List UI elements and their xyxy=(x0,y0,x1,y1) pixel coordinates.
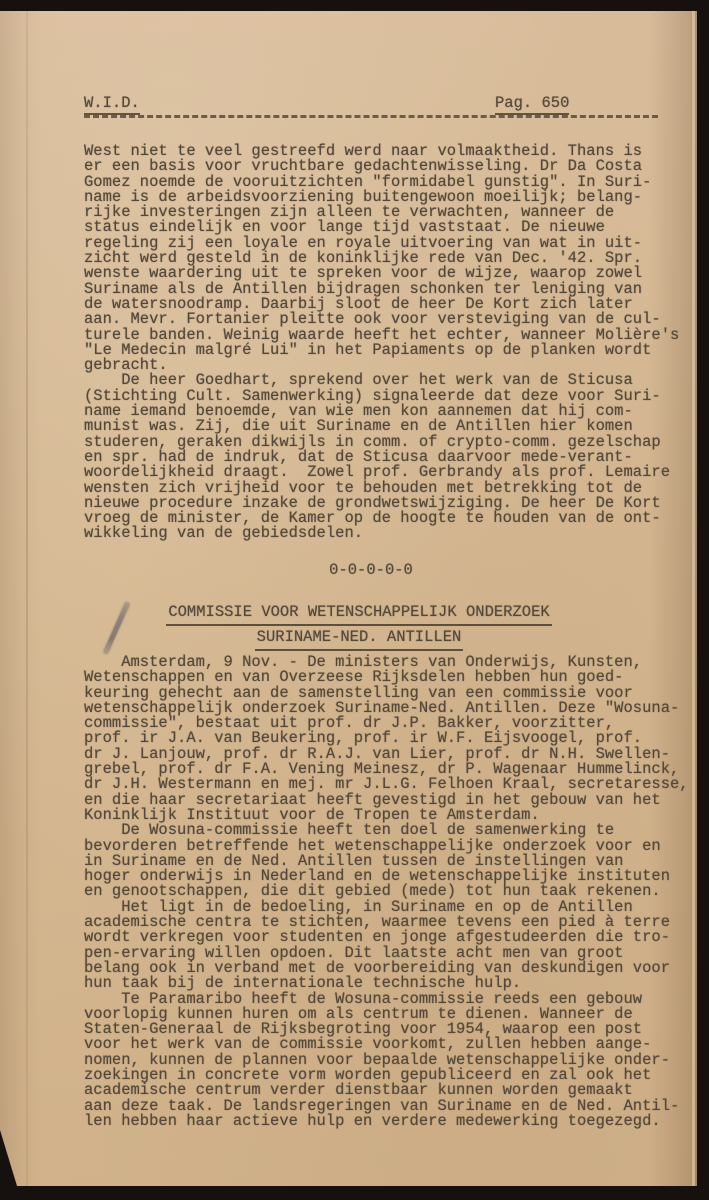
publication-code: W.I.D. xyxy=(84,96,140,115)
document-page: W.I.D. Pag. 650 West niet te veel gestre… xyxy=(0,11,697,1186)
article-body: Amsterdam, 9 Nov. - De ministers van Ond… xyxy=(84,655,684,1129)
paragraph-academic-centers: Het ligt in de bedoeling, in Suriname en… xyxy=(84,900,684,992)
section-separator: 0-0-0-0-0 xyxy=(84,563,658,578)
article-title-line-1: COMMISSIE VOOR WETENSCHAPPELIJK ONDERZOE… xyxy=(166,601,551,626)
paper-edge-highlight xyxy=(692,11,695,1186)
paragraph-goedhart-sticusa: De heer Goedhart, sprekend over het werk… xyxy=(84,373,684,541)
paragraph-commission-members: Amsterdam, 9 Nov. - De ministers van Ond… xyxy=(84,655,684,823)
paragraph-paramaribo-building: Te Paramaribo heeft de Wosuna-commissie … xyxy=(84,992,684,1130)
header-dashed-rule xyxy=(84,115,658,118)
paragraph-parliament-debate: West niet te veel gestreefd werd naar vo… xyxy=(84,144,684,373)
article-title-line-2: SURINAME-NED. ANTILLEN xyxy=(255,626,464,651)
corner-shadow xyxy=(0,1130,17,1186)
paper-crease xyxy=(26,11,28,1186)
intro-section: West niet te veel gestreefd werd naar vo… xyxy=(84,144,684,542)
article-title: COMMISSIE VOOR WETENSCHAPPELIJK ONDERZOE… xyxy=(72,601,646,651)
paragraph-commission-goal: De Wosuna-commissie heeft ten doel de sa… xyxy=(84,823,684,899)
page-number: Pag. 650 xyxy=(495,96,569,115)
